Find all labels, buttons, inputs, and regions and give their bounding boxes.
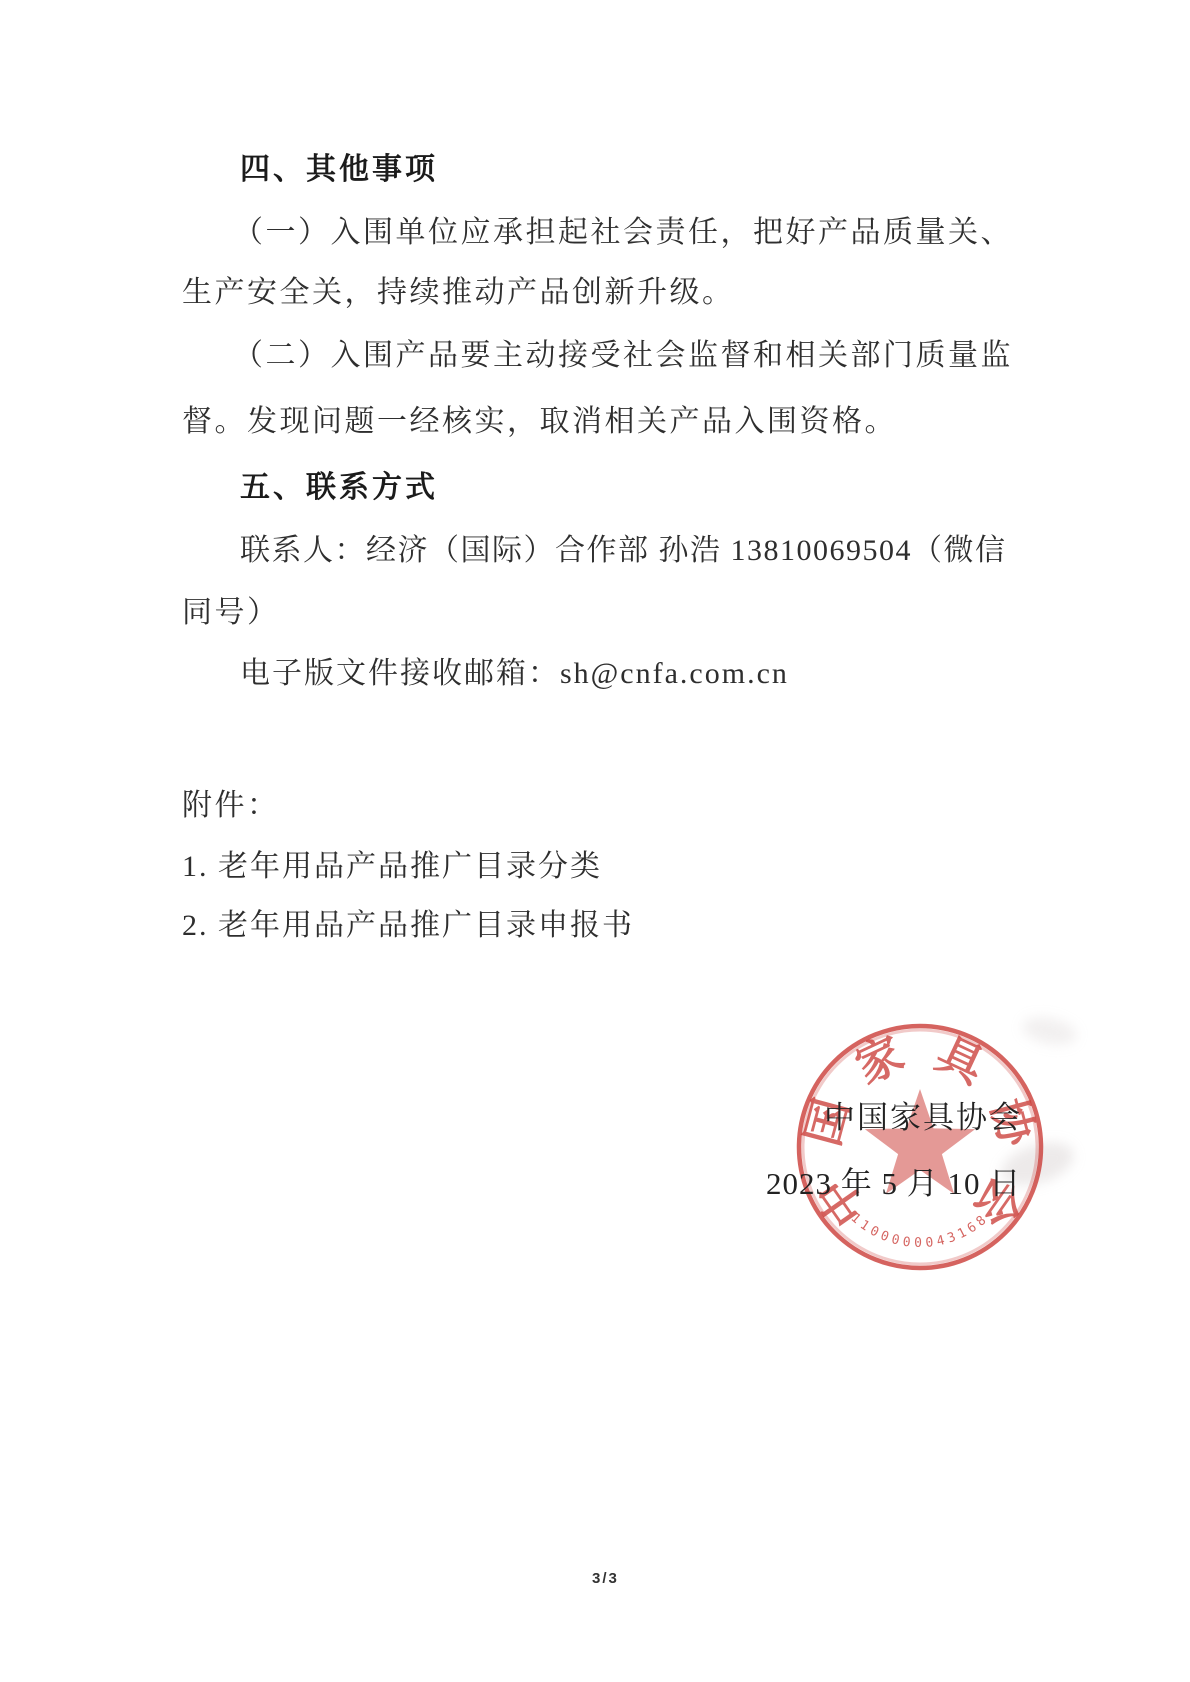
attachments-label: 附件： bbox=[182, 788, 280, 824]
doc-line: （二）入围产品要主动接受社会监督和相关部门质量监 bbox=[233, 338, 1013, 374]
svg-text:1100000043168: 1100000043168 bbox=[848, 1211, 993, 1251]
section-heading-5: 五、联系方式 bbox=[240, 470, 438, 506]
seal-char: 家 bbox=[848, 1028, 911, 1094]
section-heading-4: 四、其他事项 bbox=[240, 152, 438, 188]
signature-org: 中国家具协会 bbox=[824, 1092, 1022, 1137]
doc-line: 同号） bbox=[182, 595, 280, 631]
signature-date: 2023 年 5 月 10 日 bbox=[766, 1158, 1021, 1203]
document-page: 四、其他事项 （一）入围单位应承担起社会责任，把好产品质量关、 生产安全关，持续… bbox=[0, 0, 1190, 1682]
attachment-item: 2. 老年用品产品推广目录申报书 bbox=[182, 908, 634, 944]
page-number: 3/3 bbox=[592, 1570, 619, 1587]
doc-line-email: 电子版文件接收邮箱：sh@cnfa.com.cn bbox=[240, 656, 789, 692]
seal-char: 具 bbox=[929, 1028, 994, 1095]
doc-line: （一）入围单位应承担起社会责任，把好产品质量关、 bbox=[233, 215, 1013, 251]
doc-line-contact: 联系人：经济（国际）合作部 孙浩 13810069504（微信 bbox=[240, 533, 1007, 569]
attachment-item: 1. 老年用品产品推广目录分类 bbox=[182, 849, 602, 885]
seal-serial: 1100000043168 bbox=[848, 1211, 993, 1251]
official-seal: 中 国 家 具 协 会 1100000043168 bbox=[770, 997, 1070, 1297]
doc-line: 督。发现问题一经核实，取消相关产品入围资格。 bbox=[182, 404, 897, 440]
doc-line: 生产安全关，持续推动产品创新升级。 bbox=[182, 275, 735, 311]
